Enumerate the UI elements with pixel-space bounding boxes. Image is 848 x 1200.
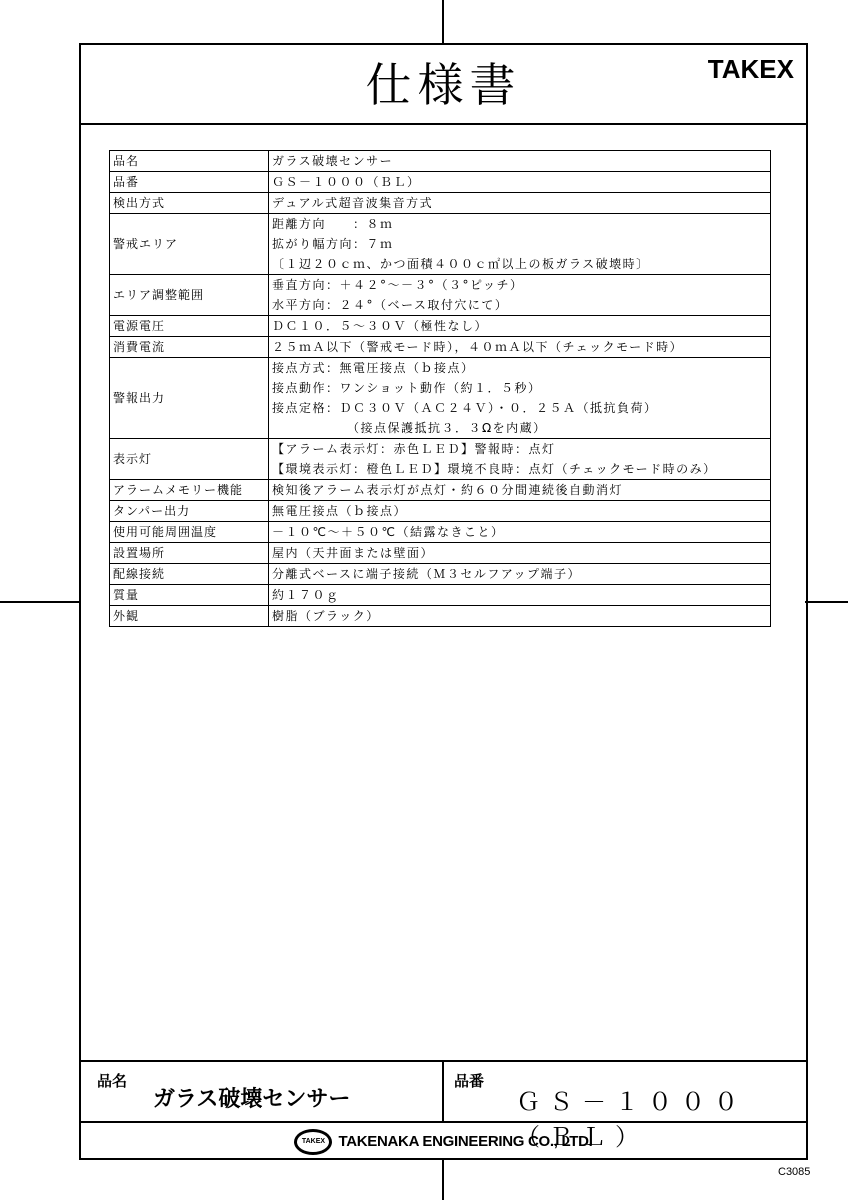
spec-value-line: 【環境表示灯：橙色ＬＥＤ】環境不良時：点灯（チェックモード時のみ） — [272, 459, 767, 479]
spec-value: 樹脂（ブラック） — [269, 606, 771, 627]
takex-circle-logo-icon: TAKEX — [294, 1129, 332, 1155]
spec-label: 電源電圧 — [110, 316, 269, 337]
spec-value: －１０℃～＋５０℃（結露なきこと） — [269, 522, 771, 543]
spec-row: 警報出力接点方式：無電圧接点（ｂ接点）接点動作：ワンショット動作（約１．５秒）接… — [110, 358, 771, 439]
spec-label: 品名 — [110, 151, 269, 172]
document-title: 仕様書 — [81, 55, 806, 115]
spec-value: 検知後アラーム表示灯が点灯・約６０分間連続後自動消灯 — [269, 480, 771, 501]
spec-value: ガラス破壊センサー — [269, 151, 771, 172]
spec-value: デュアル式超音波集音方式 — [269, 193, 771, 214]
spec-value-line: 分離式ベースに端子接続（Ｍ３セルフアップ端子） — [272, 564, 767, 584]
brand-logo: TAKEX — [708, 53, 794, 85]
spec-value-line: 屋内（天井面または壁面） — [272, 543, 767, 563]
spec-value: 【アラーム表示灯：赤色ＬＥＤ】警報時：点灯【環境表示灯：橙色ＬＥＤ】環境不良時：… — [269, 439, 771, 480]
spec-value: ２５ｍＡ以下（警戒モード時），４０ｍＡ以下（チェックモード時） — [269, 337, 771, 358]
spec-label: タンパー出力 — [110, 501, 269, 522]
spec-row: 消費電流２５ｍＡ以下（警戒モード時），４０ｍＡ以下（チェックモード時） — [110, 337, 771, 358]
spec-label: 消費電流 — [110, 337, 269, 358]
spec-value-line: 拡がり幅方向：７ｍ — [272, 234, 767, 254]
crop-mark-top — [442, 0, 444, 44]
spec-label: 検出方式 — [110, 193, 269, 214]
spec-row: 警戒エリア距離方向 ：８ｍ拡がり幅方向：７ｍ〔１辺２０ｃｍ、かつ面積４００ｃ㎡以… — [110, 214, 771, 275]
spec-value-line: ＤＣ１０．５～３０Ｖ（極性なし） — [272, 316, 767, 336]
spec-row: 設置場所屋内（天井面または壁面） — [110, 543, 771, 564]
spec-value-line: ガラス破壊センサー — [272, 151, 767, 171]
spec-table: 品名ガラス破壊センサー品番ＧＳ－１０００（ＢＬ）検出方式デュアル式超音波集音方式… — [109, 150, 771, 627]
model-number-cell: 品番 ＧＳ－１０００（ＢＬ） — [444, 1062, 806, 1121]
spec-value: 垂直方向：＋４２°～－３°（３°ピッチ）水平方向：２４°（ベース取付穴にて） — [269, 275, 771, 316]
title-block: 品名 ガラス破壊センサー 品番 ＧＳ－１０００（ＢＬ） TAKEX TAKENA… — [81, 1060, 806, 1160]
spec-value-line: 接点定格：ＤＣ３０Ｖ（ＡＣ２４Ｖ）・０．２５Ａ（抵抗負荷） — [272, 398, 767, 418]
spec-row: エリア調整範囲垂直方向：＋４２°～－３°（３°ピッチ）水平方向：２４°（ベース取… — [110, 275, 771, 316]
spec-value-line: 距離方向 ：８ｍ — [272, 214, 767, 234]
spec-value-line: 検知後アラーム表示灯が点灯・約６０分間連続後自動消灯 — [272, 480, 767, 500]
product-name-value: ガラス破壊センサー — [153, 1082, 350, 1113]
spec-label: 設置場所 — [110, 543, 269, 564]
company-name: TAKENAKA ENGINEERING CO., LTD. — [338, 1133, 592, 1150]
crop-mark-bottom — [442, 1158, 444, 1200]
spec-value-line: ２５ｍＡ以下（警戒モード時），４０ｍＡ以下（チェックモード時） — [272, 337, 767, 357]
crop-mark-right — [805, 601, 848, 603]
spec-value-line: ＧＳ－１０００（ＢＬ） — [272, 172, 767, 192]
spec-value-line: 水平方向：２４°（ベース取付穴にて） — [272, 295, 767, 315]
spec-label: 品番 — [110, 172, 269, 193]
spec-label: 警報出力 — [110, 358, 269, 439]
product-name-label: 品名 — [97, 1070, 127, 1091]
spec-label: エリア調整範囲 — [110, 275, 269, 316]
spec-label: 使用可能周囲温度 — [110, 522, 269, 543]
product-name-cell: 品名 ガラス破壊センサー — [81, 1062, 444, 1121]
spec-row: 品番ＧＳ－１０００（ＢＬ） — [110, 172, 771, 193]
spec-value: 距離方向 ：８ｍ拡がり幅方向：７ｍ〔１辺２０ｃｍ、かつ面積４００ｃ㎡以上の板ガラ… — [269, 214, 771, 275]
spec-label: 警戒エリア — [110, 214, 269, 275]
spec-value: ＤＣ１０．５～３０Ｖ（極性なし） — [269, 316, 771, 337]
spec-row: 表示灯【アラーム表示灯：赤色ＬＥＤ】警報時：点灯【環境表示灯：橙色ＬＥＤ】環境不… — [110, 439, 771, 480]
spec-row: 使用可能周囲温度－１０℃～＋５０℃（結露なきこと） — [110, 522, 771, 543]
spec-value-line: －１０℃～＋５０℃（結露なきこと） — [272, 522, 767, 542]
spec-value-line: 無電圧接点（ｂ接点） — [272, 501, 767, 521]
spec-row: アラームメモリー機能検知後アラーム表示灯が点灯・約６０分間連続後自動消灯 — [110, 480, 771, 501]
spec-value-line: 約１７０ｇ — [272, 585, 767, 605]
spec-label: 表示灯 — [110, 439, 269, 480]
spec-row: タンパー出力無電圧接点（ｂ接点） — [110, 501, 771, 522]
spec-value: 屋内（天井面または壁面） — [269, 543, 771, 564]
spec-value-line: 【アラーム表示灯：赤色ＬＥＤ】警報時：点灯 — [272, 439, 767, 459]
spec-label: 配線接続 — [110, 564, 269, 585]
spec-row: 検出方式デュアル式超音波集音方式 — [110, 193, 771, 214]
spec-value-line: （接点保護抵抗３．３Ωを内蔵） — [272, 418, 767, 438]
spec-row: 配線接続分離式ベースに端子接続（Ｍ３セルフアップ端子） — [110, 564, 771, 585]
spec-row: 品名ガラス破壊センサー — [110, 151, 771, 172]
spec-row: 質量約１７０ｇ — [110, 585, 771, 606]
document-number: C3085 — [778, 1166, 810, 1178]
spec-row: 外観樹脂（ブラック） — [110, 606, 771, 627]
spec-value-line: 垂直方向：＋４２°～－３°（３°ピッチ） — [272, 275, 767, 295]
document-frame: 仕様書 TAKEX 品名ガラス破壊センサー品番ＧＳ－１０００（ＢＬ）検出方式デュ… — [79, 43, 808, 1160]
crop-mark-left — [0, 601, 80, 603]
spec-value: 分離式ベースに端子接続（Ｍ３セルフアップ端子） — [269, 564, 771, 585]
spec-value-line: 接点動作：ワンショット動作（約１．５秒） — [272, 378, 767, 398]
spec-label: 質量 — [110, 585, 269, 606]
spec-value: 無電圧接点（ｂ接点） — [269, 501, 771, 522]
spec-value-line: 接点方式：無電圧接点（ｂ接点） — [272, 358, 767, 378]
spec-value: 約１７０ｇ — [269, 585, 771, 606]
spec-value-line: デュアル式超音波集音方式 — [272, 193, 767, 213]
spec-label: 外観 — [110, 606, 269, 627]
model-number-label: 品番 — [454, 1070, 484, 1091]
spec-value: ＧＳ－１０００（ＢＬ） — [269, 172, 771, 193]
title-block-row: 品名 ガラス破壊センサー 品番 ＧＳ－１０００（ＢＬ） — [81, 1062, 806, 1123]
spec-row: 電源電圧ＤＣ１０．５～３０Ｖ（極性なし） — [110, 316, 771, 337]
document-header: 仕様書 TAKEX — [81, 45, 806, 125]
spec-label: アラームメモリー機能 — [110, 480, 269, 501]
spec-value-line: 〔１辺２０ｃｍ、かつ面積４００ｃ㎡以上の板ガラス破壊時〕 — [272, 254, 767, 274]
company-row: TAKEX TAKENAKA ENGINEERING CO., LTD. — [81, 1123, 806, 1160]
spec-value-line: 樹脂（ブラック） — [272, 606, 767, 626]
spec-value: 接点方式：無電圧接点（ｂ接点）接点動作：ワンショット動作（約１．５秒）接点定格：… — [269, 358, 771, 439]
